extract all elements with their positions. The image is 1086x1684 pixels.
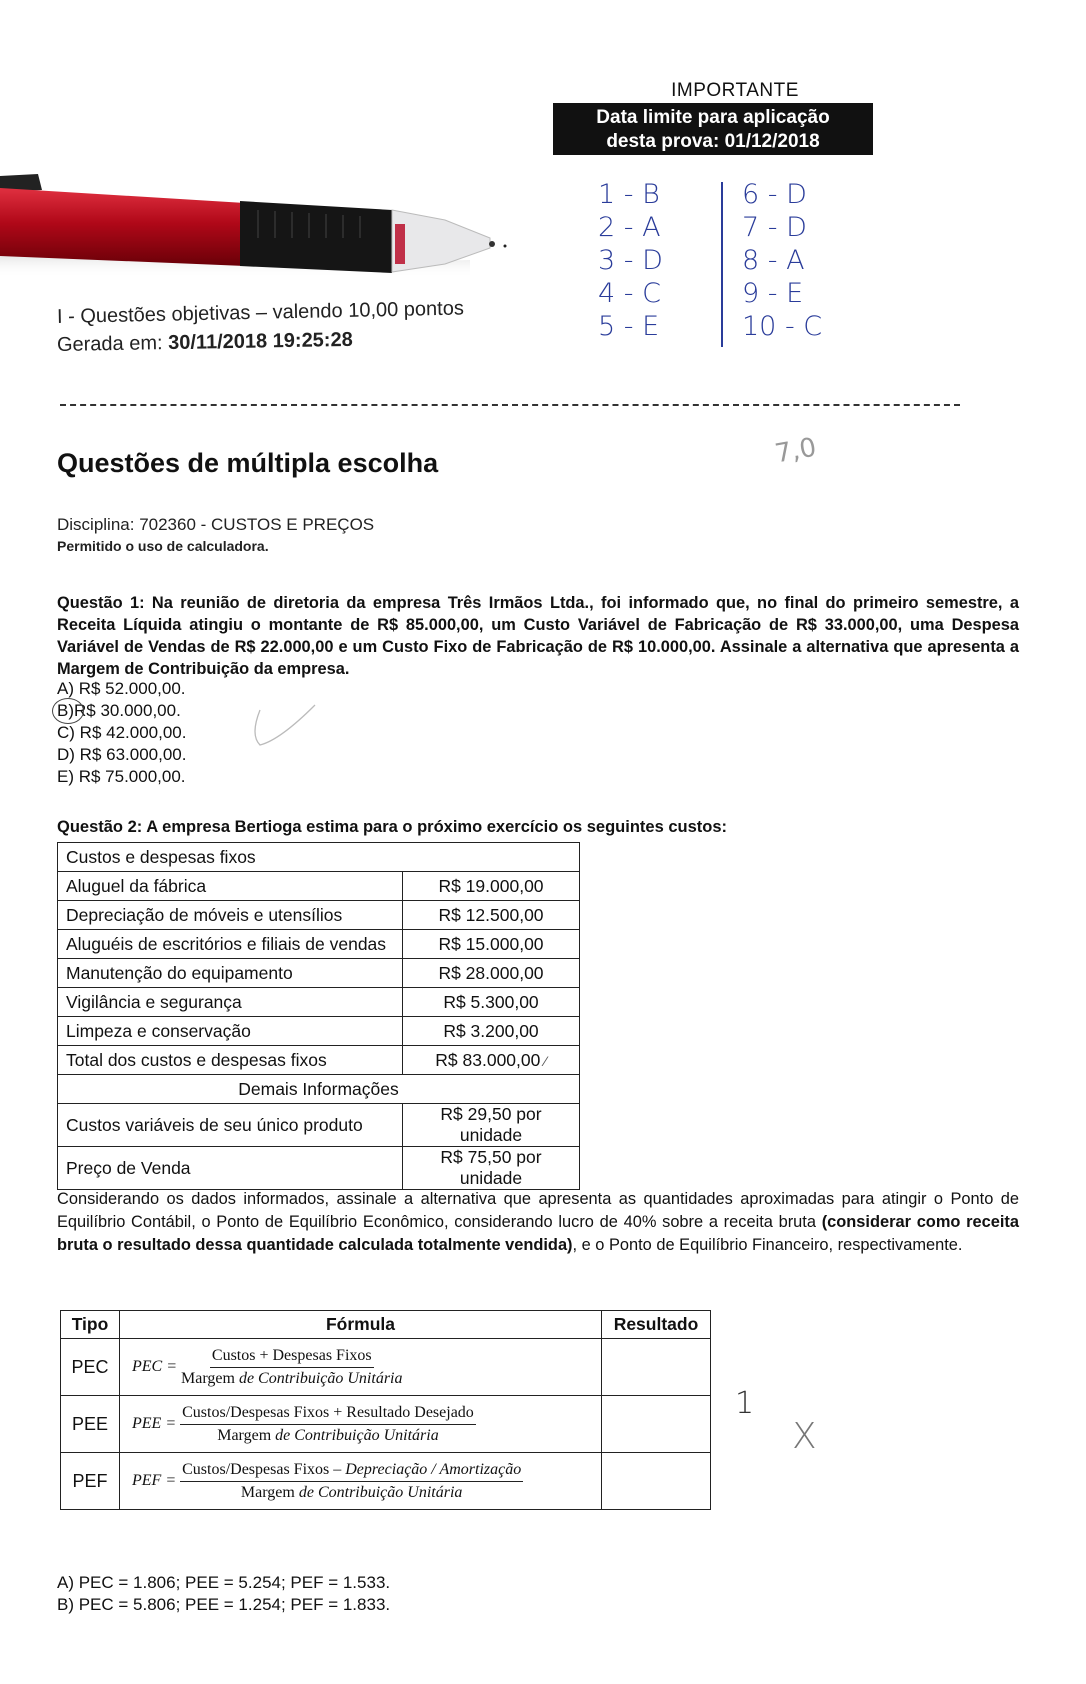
tick-mark-icon: ⁄ xyxy=(544,1053,546,1069)
option-text: R$ 30.000,00. xyxy=(74,701,181,720)
handwritten-mark: 1 xyxy=(735,1386,754,1421)
answer-key-item: 3 - D xyxy=(598,244,663,277)
formula-row-pec: PEC PEC = Custos + Despesas Fixos Margem… xyxy=(61,1339,711,1396)
question-2-intro: A empresa Bertioga estima para o próximo… xyxy=(142,818,727,836)
option-text: R$ 52.000,00. xyxy=(74,679,186,698)
answer-key-item: 8 - A xyxy=(742,244,822,277)
table-subheader-row: Demais Informações xyxy=(58,1075,580,1104)
table-row: Manutenção do equipamentoR$ 28.000,00 xyxy=(58,959,580,988)
page-title: Questões de múltipla escolha xyxy=(57,448,438,479)
formula-type: PEE xyxy=(61,1396,120,1453)
cost-value: R$ 5.300,00 xyxy=(403,988,580,1017)
option-b-selected[interactable]: B)R$ 30.000,00. xyxy=(57,700,186,722)
discipline-label: Disciplina: 702360 - CUSTOS E PREÇOS xyxy=(57,515,374,535)
cost-value-total: R$ 83.000,00⁄ xyxy=(403,1046,580,1075)
option-text: R$ 63.000,00. xyxy=(75,745,187,764)
deadline-line-2: desta prova: 01/12/2018 xyxy=(553,130,873,154)
option-letter: A) xyxy=(57,679,74,698)
formula-name: PEE = xyxy=(132,1415,176,1433)
header-tipo: Tipo xyxy=(61,1311,120,1339)
table-row: Depreciação de móveis e utensíliosR$ 12.… xyxy=(58,901,580,930)
pen-icon xyxy=(0,168,520,278)
question-2-body-part2: , e o Ponto de Equilíbrio Financeiro, re… xyxy=(573,1236,963,1254)
info-value: R$ 29,50 por unidade xyxy=(403,1104,580,1147)
other-info-header: Demais Informações xyxy=(58,1075,580,1104)
option-b[interactable]: B) PEC = 5.806; PEE = 1.254; PEF = 1.833… xyxy=(57,1594,390,1616)
option-c[interactable]: C) R$ 42.000,00. xyxy=(57,722,186,744)
formula-header-row: Tipo Fórmula Resultado xyxy=(61,1311,711,1339)
formula-cell: PEE = Custos/Despesas Fixos + Resultado … xyxy=(120,1396,602,1453)
table-row: Preço de VendaR$ 75,50 por unidade xyxy=(58,1147,580,1190)
important-heading: IMPORTANTE xyxy=(610,80,860,102)
answer-key-right: 6 - D 7 - D 8 - A 9 - E 10 - C xyxy=(742,178,822,343)
formula-type: PEF xyxy=(61,1453,120,1510)
formula-denominator: Margem de Contribuição Unitária xyxy=(181,1368,402,1388)
generated-label: Gerada em: xyxy=(57,332,169,356)
handwritten-x-mark: X xyxy=(792,1416,817,1457)
cost-value: R$ 3.200,00 xyxy=(403,1017,580,1046)
table-header: Custos e despesas fixos xyxy=(58,843,580,872)
check-mark-icon xyxy=(250,700,320,750)
header-formula: Fórmula xyxy=(120,1311,602,1339)
calculator-note: Permitido o uso de calculadora. xyxy=(57,538,269,554)
table-row-total: Total dos custos e despesas fixosR$ 83.0… xyxy=(58,1046,580,1075)
deadline-notice: Data limite para aplicação desta prova: … xyxy=(553,103,873,155)
formula-numerator: Custos/Despesas Fixos + Resultado Deseja… xyxy=(180,1404,476,1425)
answer-key-divider xyxy=(721,182,723,347)
option-letter: E) xyxy=(57,767,74,786)
question-2-title: Questão 2: A empresa Bertioga estima par… xyxy=(57,818,727,837)
formula-row-pee: PEE PEE = Custos/Despesas Fixos + Result… xyxy=(61,1396,711,1453)
formula-cell: PEF = Custos/Despesas Fixos – Depreciaçã… xyxy=(120,1453,602,1510)
dashed-divider xyxy=(60,404,960,406)
generated-value: 30/11/2018 19:25:28 xyxy=(168,329,353,354)
option-d[interactable]: D) R$ 63.000,00. xyxy=(57,744,186,766)
cost-value: R$ 15.000,00 xyxy=(403,930,580,959)
option-text: R$ 75.000,00. xyxy=(74,767,186,786)
answer-key-item: 5 - E xyxy=(598,310,663,343)
info-label: Preço de Venda xyxy=(58,1147,403,1190)
question-2-label: Questão 2: xyxy=(57,818,142,836)
answer-key-item: 9 - E xyxy=(742,277,822,310)
formula-name: PEF = xyxy=(132,1472,176,1490)
formula-numerator: Custos/Despesas Fixos – Depreciação / Am… xyxy=(180,1461,523,1482)
cost-value: R$ 28.000,00 xyxy=(403,959,580,988)
result-input[interactable] xyxy=(602,1396,711,1453)
question-1-text: Questão 1: Na reunião de diretoria da em… xyxy=(57,592,1019,680)
total-value: R$ 83.000,00 xyxy=(435,1050,540,1070)
answer-key-item: 7 - D xyxy=(742,211,822,244)
table-row: Vigilância e segurançaR$ 5.300,00 xyxy=(58,988,580,1017)
table-row: Limpeza e conservaçãoR$ 3.200,00 xyxy=(58,1017,580,1046)
result-input[interactable] xyxy=(602,1339,711,1396)
cost-label: Total dos custos e despesas fixos xyxy=(58,1046,403,1075)
question-1-body: Na reunião de diretoria da empresa Três … xyxy=(57,594,1019,678)
question-1-options: A) R$ 52.000,00. B)R$ 30.000,00. C) R$ 4… xyxy=(57,678,186,788)
option-text: R$ 42.000,00. xyxy=(75,723,187,742)
selected-circle-mark xyxy=(52,698,84,724)
cost-label: Limpeza e conservação xyxy=(58,1017,403,1046)
option-e[interactable]: E) R$ 75.000,00. xyxy=(57,766,186,788)
formula-table: Tipo Fórmula Resultado PEC PEC = Custos … xyxy=(60,1310,711,1510)
cost-label: Manutenção do equipamento xyxy=(58,959,403,988)
answer-key-item: 1 - B xyxy=(598,178,663,211)
costs-table: Custos e despesas fixos Aluguel da fábri… xyxy=(57,842,580,1190)
info-value: R$ 75,50 por unidade xyxy=(403,1147,580,1190)
question-1-label: Questão 1: xyxy=(57,594,145,612)
cost-label: Vigilância e segurança xyxy=(58,988,403,1017)
info-label: Custos variáveis de seu único produto xyxy=(58,1104,403,1147)
cost-value: R$ 12.500,00 xyxy=(403,901,580,930)
header-resultado: Resultado xyxy=(602,1311,711,1339)
table-header-row: Custos e despesas fixos xyxy=(58,843,580,872)
table-row: Aluguéis de escritórios e filiais de ven… xyxy=(58,930,580,959)
section-heading: I - Questões objetivas – valendo 10,00 p… xyxy=(57,297,464,329)
table-row: Aluguel da fábricaR$ 19.000,00 xyxy=(58,872,580,901)
formula-name: PEC = xyxy=(132,1358,177,1376)
table-row: Custos variáveis de seu único produtoR$ … xyxy=(58,1104,580,1147)
formula-denominator: Margem de Contribuição Unitária xyxy=(217,1425,438,1445)
option-letter: D) xyxy=(57,745,75,764)
cost-value: R$ 19.000,00 xyxy=(403,872,580,901)
option-letter: C) xyxy=(57,723,75,742)
question-2-options: A) PEC = 1.806; PEE = 5.254; PEF = 1.533… xyxy=(57,1572,390,1616)
cost-label: Aluguéis de escritórios e filiais de ven… xyxy=(58,930,403,959)
answer-key-item: 10 - C xyxy=(742,310,822,343)
formula-type: PEC xyxy=(61,1339,120,1396)
answer-key-left: 1 - B 2 - A 3 - D 4 - C 5 - E xyxy=(598,178,663,343)
result-input[interactable] xyxy=(602,1453,711,1510)
option-a[interactable]: A) PEC = 1.806; PEE = 5.254; PEF = 1.533… xyxy=(57,1572,390,1594)
formula-cell: PEC = Custos + Despesas Fixos Margem de … xyxy=(120,1339,602,1396)
question-2-body: Considerando os dados informados, assina… xyxy=(57,1188,1019,1257)
handwritten-grade: 7,0 xyxy=(773,433,819,470)
answer-key-item: 6 - D xyxy=(742,178,822,211)
formula-denominator: Margem de Contribuição Unitária xyxy=(241,1482,462,1502)
answer-key-item: 2 - A xyxy=(598,211,663,244)
formula-row-pef: PEF PEF = Custos/Despesas Fixos – Deprec… xyxy=(61,1453,711,1510)
generated-date: Gerada em: 30/11/2018 19:25:28 xyxy=(57,329,353,357)
deadline-line-1: Data limite para aplicação xyxy=(553,106,873,130)
answer-key-item: 4 - C xyxy=(598,277,663,310)
formula-numerator: Custos + Despesas Fixos xyxy=(210,1347,374,1368)
cost-label: Depreciação de móveis e utensílios xyxy=(58,901,403,930)
cost-label: Aluguel da fábrica xyxy=(58,872,403,901)
option-a[interactable]: A) R$ 52.000,00. xyxy=(57,678,186,700)
